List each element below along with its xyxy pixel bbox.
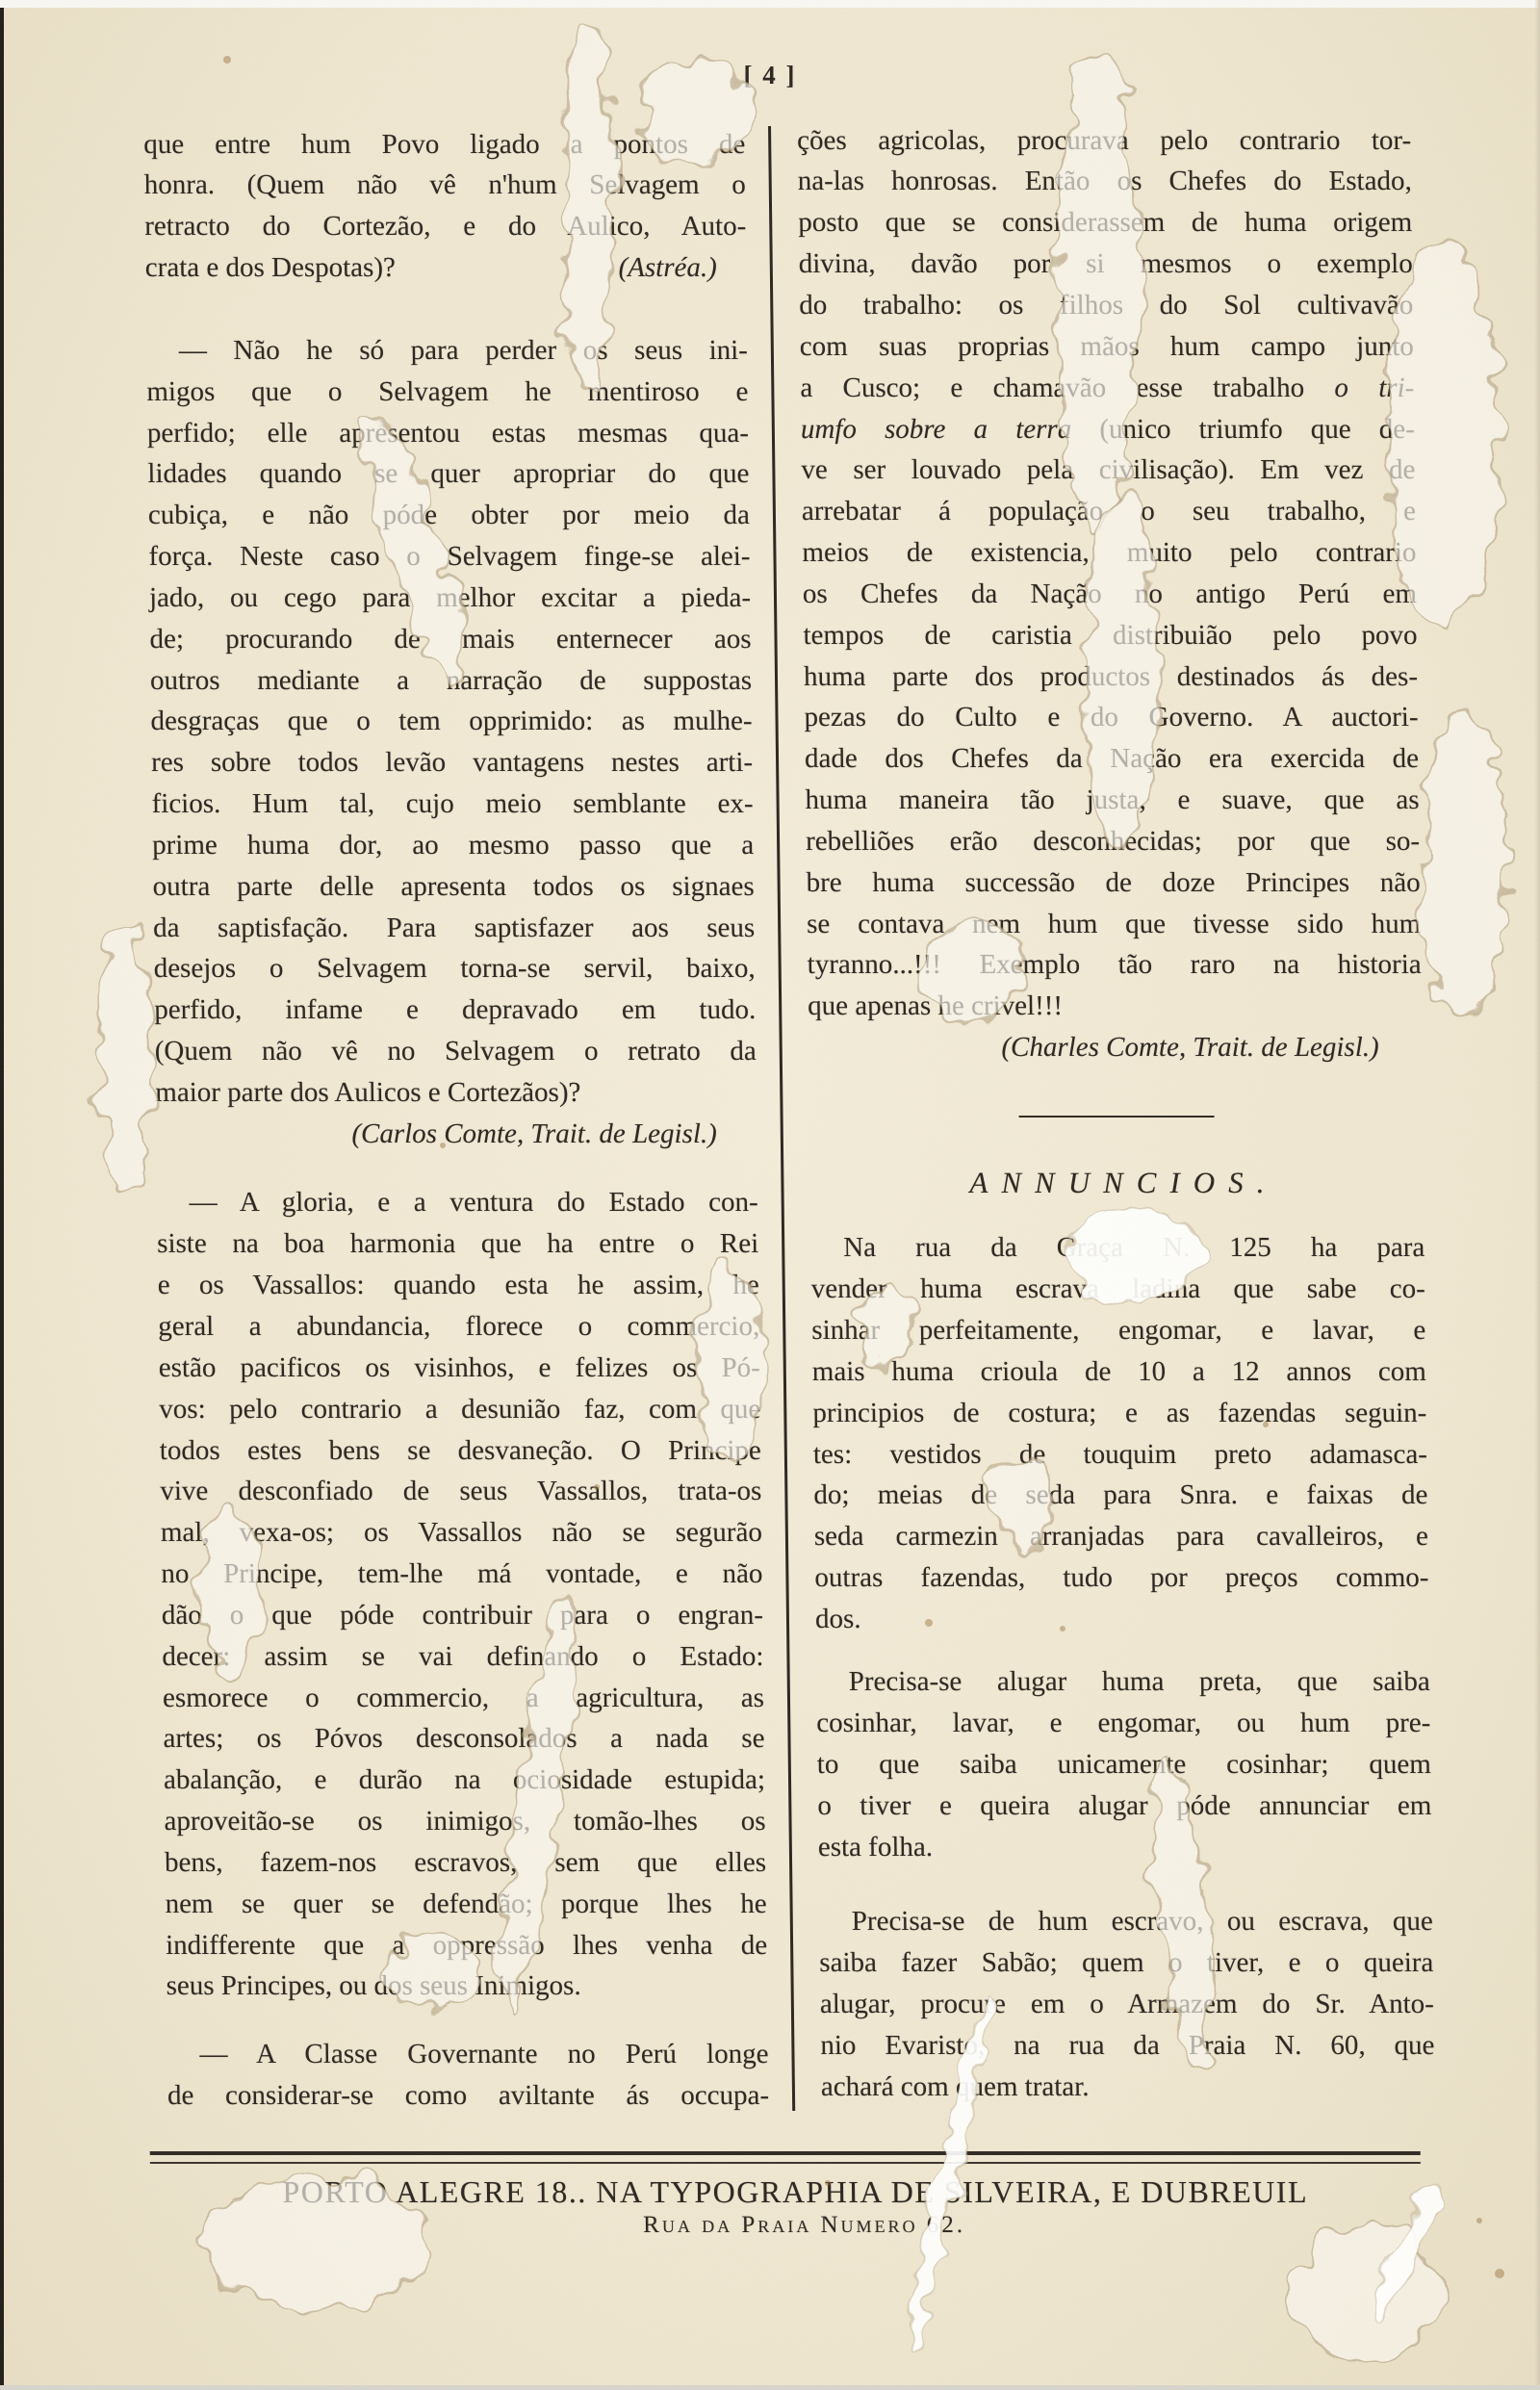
text-line: perfido; elle apresentou estas mesmas qu…	[147, 413, 750, 454]
article-paragraph: que entre hum Povo ligado a pontos de ho…	[143, 124, 747, 289]
left-column: que entre hum Povo ligado a pontos de ho…	[143, 124, 769, 2117]
printer-imprint: PORTO ALEGRE 18.. NA TYPOGRAPHIA DE SILV…	[150, 2172, 1440, 2211]
text-line: o tiver e queira alugar póde annunciar e…	[817, 1786, 1432, 1827]
text-line: crata e dos Despotas)? (Astréa.)	[145, 247, 748, 289]
text-line: que entre hum Povo ligado a pontos de	[143, 124, 746, 166]
article-paragraph: — A Classe Governante no Perú longe de c…	[167, 2034, 769, 2117]
text-line: Precisa-se de hum escravo, ou escrava, q…	[819, 1901, 1434, 1942]
text-line: bens, fazem-nos escravos, sem que elles	[165, 1842, 767, 1884]
text-line: força. Neste caso o Selvagem finge-se al…	[148, 536, 751, 578]
text-line: lidades quando se quer apropriar do que	[147, 453, 750, 495]
text-line: — A Classe Governante no Perú longe	[167, 2034, 769, 2075]
text-line: (Quem não vê no Selvagem o retrato da	[154, 1031, 757, 1072]
text-segment: a Cusco; e chamavão esse trabalho	[800, 373, 1304, 403]
text-line: achará com quem tratar.	[821, 2067, 1436, 2108]
text-line: seda carmezin arranjadas para cavalleiro…	[814, 1516, 1429, 1557]
footer-rule-thin	[150, 2162, 1421, 2164]
text-line: indifferente que a oppressão lhes venha …	[166, 1925, 768, 1966]
text-line: dade dos Chefes da Nação era exercida de	[805, 738, 1420, 780]
text-line: os Chefes da Nação no antigo Perú em	[803, 574, 1418, 615]
text-line: tes: vestidos de touquim preto adamasca-	[813, 1434, 1428, 1476]
text-line: arrebatar á população o seu trabalho, e	[802, 491, 1417, 532]
text-line: com suas proprias mãos hum campo junto	[800, 326, 1415, 368]
text-line: tyranno...!!! Exemplo tão raro na histor…	[807, 944, 1422, 986]
text-line: esta folha.	[818, 1827, 1433, 1868]
text-line: alugar, procure em o Armazem do Sr. Anto…	[820, 1984, 1435, 2025]
column-divider	[768, 126, 795, 2111]
text-segment: (unico triumfo que de-	[1099, 414, 1415, 445]
section-separator-rule	[1018, 1116, 1214, 1118]
text-line: desgraças que o tem opprimido: as mulhe-	[150, 701, 753, 742]
italic-text-segment: o tri-	[1334, 373, 1414, 403]
advertisement: Na rua da Graça N. 125 ha para vender hu…	[810, 1227, 1429, 1639]
text-line: aproveitão-se os inimigos, tomão-lhes os	[164, 1801, 766, 1842]
section-title-annuncios: ANNUNCIOS.	[809, 1163, 1424, 1204]
text-line: vos: pelo contrario a desunião faz, com …	[159, 1389, 761, 1430]
text-line: divina, davão por si mesmos o exemplo	[799, 244, 1414, 285]
text-line: a Cusco; e chamavão esse trabalho o tri-	[800, 368, 1415, 409]
text-line: nio Evaristo, na rua da Praia N. 60, que	[820, 2025, 1435, 2067]
text-line: prime huma dor, ao mesmo passo que a	[152, 825, 755, 866]
text-line: de; procurando de mais enternecer aos	[149, 619, 752, 660]
text-line: — A gloria, e a ventura do Estado con-	[156, 1182, 758, 1223]
source-citation: (Astréa.)	[618, 247, 717, 289]
text-line: cosinhar, lavar, e engomar, ou hum pre-	[816, 1703, 1431, 1744]
text-line: decer: assim se vai definando o Estado:	[162, 1636, 764, 1678]
text-line: vender huma escrava ladina que sabe co-	[811, 1269, 1426, 1310]
advertisement: Precisa-se alugar huma preta, que saiba …	[816, 1661, 1433, 1867]
text-line: outras fazendas, tudo por preços commo-	[814, 1557, 1429, 1599]
text-line: do; meias de seda para Snra. e faixas de	[813, 1475, 1428, 1516]
text-line: rebelliões erão desconhecidas; por que s…	[806, 821, 1421, 862]
text-line: umfo sobre a terra (unico triumfo que de…	[801, 409, 1416, 450]
text-line: sinhar perfeitamente, engomar, e lavar, …	[811, 1310, 1426, 1351]
text-line: desejos o Selvagem torna-se servil, baix…	[153, 948, 756, 989]
text-line: jado, ou cego para melhor excitar a pied…	[149, 578, 752, 619]
text-line: huma maneira tão justa, e suave, que as	[805, 780, 1420, 821]
text-line: posto que se considerassem de huma orige…	[798, 202, 1413, 244]
text-line: saiba fazer Sabão; quem o tiver, e o que…	[819, 1942, 1434, 1984]
text-line: pezas do Culto e do Governo. A auctori-	[804, 697, 1419, 738]
text-line: se contava nem hum que tivesse sido hum	[807, 904, 1422, 945]
text-line: perfido, infame e depravado em tudo.	[154, 989, 757, 1031]
text-line: artes; os Póvos desconsolados a nada se	[163, 1718, 765, 1760]
text-line: migos que o Selvagem he mentiroso e	[146, 372, 749, 413]
text-line: todos estes bens se desvaneção. O Princi…	[160, 1430, 762, 1472]
text-line: seus Principes, ou dos seus Inimigos.	[166, 1966, 768, 2007]
italic-text-segment: umfo sobre a terra	[801, 414, 1072, 445]
advertisement: Precisa-se de hum escravo, ou escrava, q…	[819, 1901, 1436, 2107]
text-line: maior parte dos Aulicos e Cortezãos)?	[155, 1072, 757, 1114]
text-line: ve ser louvado pela civilisação). Em vez…	[801, 450, 1416, 491]
printer-address: Rua da Praia Numero 62.	[159, 2210, 1449, 2241]
text-line: da saptisfação. Para saptisfazer aos seu…	[153, 908, 756, 949]
text-line: outros mediante a narração de suppostas	[150, 660, 753, 702]
text-line: vive desconfiado de seus Vassallos, trat…	[160, 1471, 762, 1512]
text-line: huma parte dos productos destinados ás d…	[804, 656, 1419, 698]
source-citation: (Charles Comte, Trait. de Legisl.)	[808, 1027, 1423, 1068]
text-line: cubiça, e não póde obter por meio da	[148, 495, 751, 536]
text-line: bre huma successão de doze Principes não	[806, 862, 1421, 904]
text-line: e os Vassallos: quando esta he assim, he	[157, 1265, 759, 1306]
text-line: Precisa-se alugar huma preta, que saiba	[816, 1661, 1431, 1703]
text-line: esmorece o commercio, a agricultura, as	[163, 1678, 765, 1719]
text-line: to que saiba unicamente cosinhar; quem	[817, 1744, 1432, 1786]
text-line: Na rua da Graça N. 125 ha para	[810, 1227, 1425, 1269]
text-line: honra. (Quem não vê n'hum Selvagem o	[144, 165, 747, 206]
footer-rule-thick	[150, 2151, 1421, 2155]
text-line: no Principe, tem-lhe má vontade, e não	[161, 1554, 763, 1595]
text-line: principios de costura; e as fazendas seg…	[812, 1393, 1427, 1434]
source-citation: (Carlos Comte, Trait. de Legisl.)	[156, 1114, 758, 1155]
text-line: — Não he só para perder os seus ini-	[146, 330, 749, 372]
text-line: siste na boa harmonia que ha entre o Rei	[157, 1223, 759, 1265]
text-line: de considerar-se como aviltante ás occup…	[167, 2075, 770, 2117]
text-line: do trabalho: os filhos do Sol cultivavão	[799, 285, 1414, 326]
text-line: estão pacificos os visinhos, e felizes o…	[159, 1348, 761, 1389]
text-line: mal, vexa-os; os Vassallos não se segurã…	[161, 1512, 763, 1554]
text-line: meios de existencia, muito pelo contrari…	[802, 532, 1417, 574]
text-line: retracto do Cortezão, e do Aulico, Auto-	[144, 206, 747, 247]
text-line-content: crata e dos Despotas)?	[145, 247, 397, 289]
text-line: ções agricolas, procurava pelo contrario…	[797, 120, 1412, 162]
text-line: abalanção, e durão na ociosidade estupid…	[164, 1760, 766, 1801]
text-line: nem se quer se defendão; porque lhes he	[165, 1884, 767, 1925]
text-line: tempos de caristia distribuião pelo povo	[803, 615, 1418, 656]
article-paragraph: — A gloria, e a ventura do Estado con- s…	[156, 1182, 767, 2007]
newspaper-page: que entre hum Povo ligado a pontos de ho…	[0, 0, 1540, 2390]
text-line: dos.	[815, 1599, 1430, 1640]
text-line: dão o que póde contribuir para o engran-	[162, 1595, 764, 1636]
text-line: mais huma crioula de 10 a 12 annos com	[812, 1351, 1427, 1393]
text-line: res sobre todos levão vantagens nestes a…	[151, 742, 754, 784]
text-line: outra parte delle apresenta todos os sig…	[152, 866, 755, 908]
article-paragraph: ções agricolas, procurava pelo contrario…	[797, 120, 1423, 1068]
text-line: na-las honrosas. Então os Chefes do Esta…	[797, 161, 1412, 202]
text-line: ficios. Hum tal, cujo meio semblante ex-	[151, 784, 754, 825]
right-column: ções agricolas, procurava pelo contrario…	[797, 120, 1435, 2108]
text-line: geral a abundancia, florece o commercio,	[158, 1306, 760, 1348]
article-paragraph: — Não he só para perder os seus ini- mig…	[146, 330, 757, 1155]
text-line: que apenas he crivel!!!	[808, 986, 1423, 1027]
